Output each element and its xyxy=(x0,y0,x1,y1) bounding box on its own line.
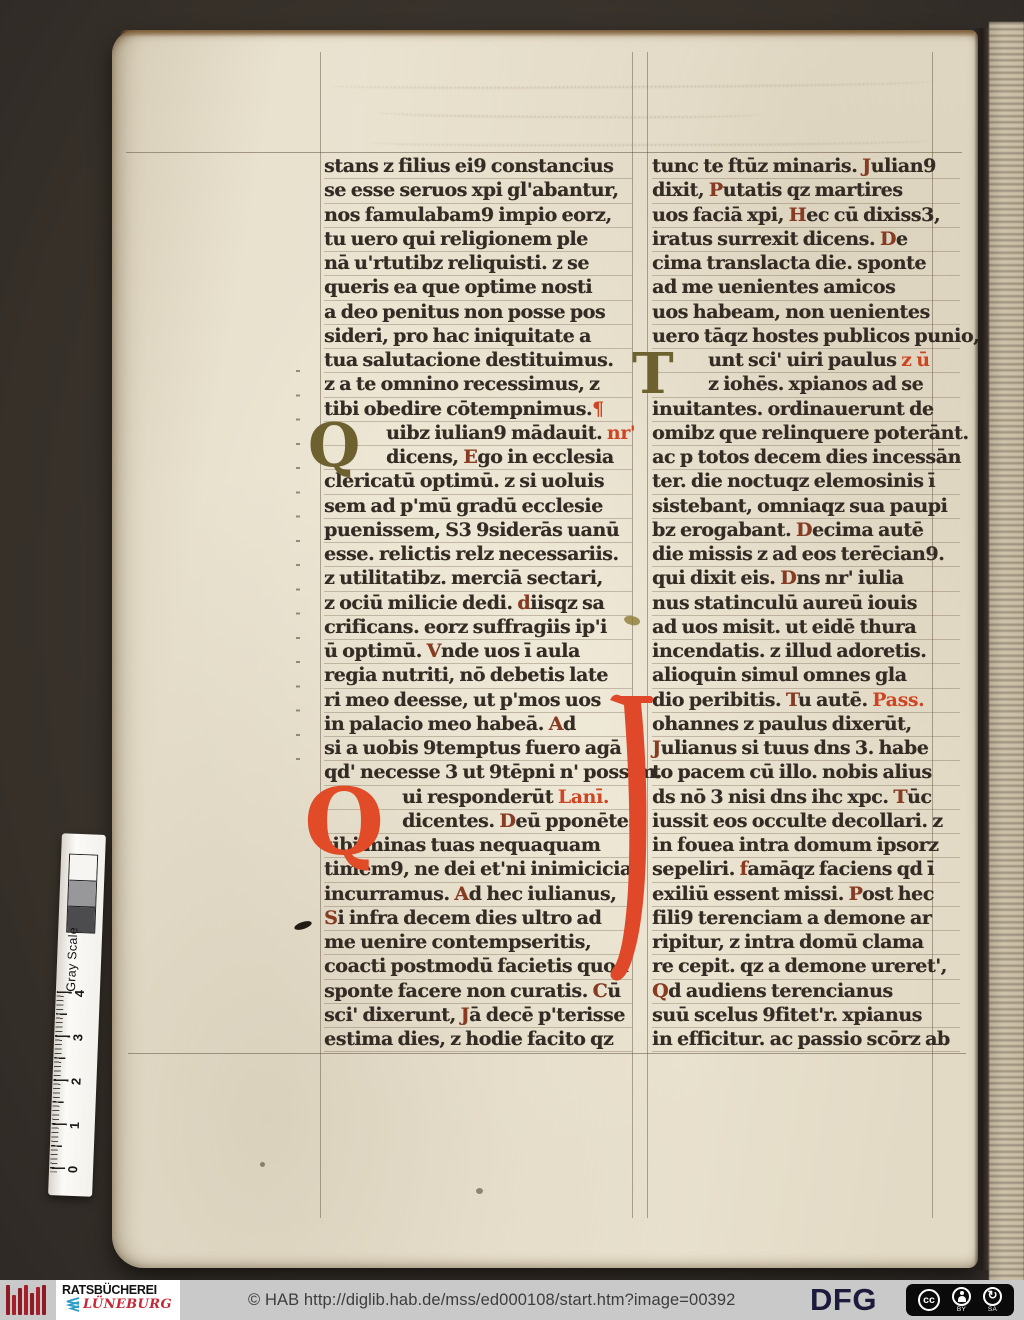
ruling-line-vertical xyxy=(647,52,648,1218)
faded-marginalia xyxy=(378,105,760,119)
manuscript-text: d audiens terencianus xyxy=(668,980,893,1002)
manuscript-text: nos famulabam9 impio eorz, xyxy=(324,204,612,226)
manuscript-line: die missis z ad eos terēcian9. xyxy=(652,543,960,567)
manuscript-line: sci' dixerunt, Jā decē p'terisse xyxy=(324,1004,632,1028)
logo-bar xyxy=(36,1287,40,1315)
manuscript-text: V xyxy=(427,640,441,662)
gray-scale-ruler: Gray Scale 4 3 2 1 0 xyxy=(48,833,106,1196)
manuscript-text: suū scelus 9fitet'r. xpianus xyxy=(652,1004,922,1026)
manuscript-line: ac p totos decem dies incessān xyxy=(652,446,960,470)
manuscript-text: A xyxy=(549,713,563,735)
manuscript-line: se esse seruos xpi gl'abantur, xyxy=(324,179,632,203)
manuscript-text: uibz iulian9 mādauit. xyxy=(386,422,602,444)
manuscript-text: se esse seruos xpi gl'abantur, xyxy=(324,179,619,201)
manuscript-line: z ociū milicie dedi. diisqz sa xyxy=(324,592,632,616)
ruler-number: 4 xyxy=(72,990,87,998)
manuscript-line: uibz iulian9 mādauit. nr' xyxy=(324,422,632,446)
footer-bar: RATSBÜCHEREI LÜNEBURG © HAB http://digli… xyxy=(0,1280,1024,1320)
manuscript-line: ds nō 3 nisi dns ihc xpc. Tūc xyxy=(652,786,960,810)
ruling-line-vertical xyxy=(320,52,321,1218)
ruler-title: Gray Scale xyxy=(64,922,81,992)
manuscript-text: D xyxy=(780,567,796,589)
manuscript-text: uos faciā xpi, xyxy=(652,204,789,226)
manuscript-text: in efficitur. ac passio scōrz ab xyxy=(652,1028,950,1050)
dfg-logo: DFG xyxy=(810,1280,877,1320)
manuscript-line: qui dixit eis. Dns nr' iulia xyxy=(652,567,960,591)
manuscript-text: sem ad p'mū gradū ecclesie xyxy=(324,495,603,517)
ruling-line-vertical xyxy=(632,52,633,1218)
manuscript-text: alioquin simul omnes gla xyxy=(652,664,907,686)
ruler-number: 1 xyxy=(67,1122,82,1130)
manuscript-line: sepeliri. famāqz faciens qd ī xyxy=(652,858,960,882)
manuscript-text: J xyxy=(460,1004,469,1026)
rubric-text: nr' xyxy=(602,422,635,444)
manuscript-text: cima translacta die. sponte xyxy=(652,252,926,274)
cc-by-person-icon xyxy=(952,1287,971,1306)
manuscript-text: H xyxy=(789,204,807,226)
ruler-number: 3 xyxy=(70,1034,85,1042)
manuscript-text: d hec iulianus, xyxy=(469,883,617,905)
logo-bar xyxy=(42,1285,46,1315)
manuscript-text: tibi obedire cōtempnimus. xyxy=(324,398,592,420)
manuscript-line: ad uos misit. ut eidē thura xyxy=(652,616,960,640)
manuscript-line: estima dies, z hodie facito qz xyxy=(324,1028,632,1052)
manuscript-line: stans z filius ei9 constancius xyxy=(324,155,632,179)
manuscript-line: crificans. eorz suffragiis ip'i xyxy=(324,616,632,640)
manuscript-line: z iohēs. xpianos ad se xyxy=(652,373,960,397)
ruling-line-horizontal xyxy=(128,1053,966,1054)
manuscript-line: sistebant, omniaqz sua paupi xyxy=(652,495,960,519)
manuscript-line: queris ea que optime nosti xyxy=(324,276,632,300)
manuscript-text: ec cū dixiss3, xyxy=(806,204,940,226)
manuscript-text: ad me uenientes amicos xyxy=(652,276,895,298)
manuscript-text: coacti postmodū facietis quod xyxy=(324,955,628,977)
manuscript-text: ds nō 3 nisi dns ihc xpc. xyxy=(652,786,893,808)
manuscript-line: dixit, Putatis qz martires xyxy=(652,179,960,203)
manuscript-text: ri meo deesse, ut p'mos uos xyxy=(324,689,601,711)
manuscript-line: incendatis. z illud adoretis. xyxy=(652,640,960,664)
manuscript-text: estima dies, z hodie facito qz xyxy=(324,1028,613,1050)
manuscript-text: inuitantes. ordinauerunt de xyxy=(652,398,934,420)
library-name: RATSBÜCHEREI xyxy=(62,1283,176,1297)
manuscript-text: to pacem cū illo. nobis alius xyxy=(652,761,932,783)
manuscript-line: clericatū optimū. z si uoluis xyxy=(324,470,632,494)
manuscript-text: tua salutacione destituimus. xyxy=(324,349,614,371)
manuscript-text: incendatis. z illud adoretis. xyxy=(652,640,926,662)
manuscript-text: dicentes. xyxy=(402,810,499,832)
manuscript-line: puenissem, S3 9siderās uanū xyxy=(324,519,632,543)
manuscript-line: si a uobis 9temptus fuero agā xyxy=(324,737,632,761)
manuscript-line: Qd audiens terencianus xyxy=(652,980,960,1004)
manuscript-line: fili9 terenciam a demone ar xyxy=(652,907,960,931)
manuscript-text: sistebant, omniaqz sua paupi xyxy=(652,495,947,517)
manuscript-line: suū scelus 9fitet'r. xpianus xyxy=(652,1004,960,1028)
manuscript-text: d xyxy=(563,713,576,735)
faded-marginalia xyxy=(368,133,934,147)
manuscript-text: stans z filius ei9 constancius xyxy=(324,155,613,177)
manuscript-text: in palacio meo habeā. xyxy=(324,713,549,735)
cc-by-sa-badge: cc BY ↻ SA xyxy=(906,1284,1014,1316)
library-city: LÜNEBURG xyxy=(83,1297,172,1312)
manuscript-text: regia nutriti, nō debetis late xyxy=(324,664,608,686)
digitized-manuscript-scan: stans z filius ei9 constanciusse esse se… xyxy=(0,0,1024,1320)
manuscript-text: sci' dixerunt, xyxy=(324,1004,460,1026)
manuscript-text: ecima autē xyxy=(812,519,923,541)
manuscript-text: dio peribitis. xyxy=(652,689,786,711)
manuscript-line: unt sci' uiri paulus z ū xyxy=(652,349,960,373)
manuscript-text: bz erogabant. xyxy=(652,519,796,541)
manuscript-text: iratus surrexit dicens. xyxy=(652,228,880,250)
cc-icon: cc xyxy=(918,1289,940,1311)
manuscript-text: die missis z ad eos terēcian9. xyxy=(652,543,944,565)
logo-bar xyxy=(24,1285,28,1315)
manuscript-text: d xyxy=(517,592,530,614)
manuscript-line: cima translacta die. sponte xyxy=(652,252,960,276)
manuscript-text: a deo penitus non posse pos xyxy=(324,301,605,323)
initial-t-olive: T xyxy=(632,346,674,402)
manuscript-line: nos famulabam9 impio eorz, xyxy=(324,204,632,228)
manuscript-line: exiliū essent missi. Post hec xyxy=(652,883,960,907)
manuscript-text: si a uobis 9temptus fuero agā xyxy=(324,737,621,759)
ink-blot xyxy=(293,919,312,931)
manuscript-text: D xyxy=(796,519,812,541)
cc-sa-arrow-icon: ↻ xyxy=(983,1287,1002,1306)
manuscript-text: nā u'rtutibz reliquisti. z se xyxy=(324,252,589,274)
manuscript-text: iussit eos occulte decollari. z xyxy=(652,810,943,832)
manuscript-text: puenissem, S3 9siderās uanū xyxy=(324,519,619,541)
manuscript-text: ūc xyxy=(907,786,932,808)
manuscript-text: amāqz faciens qd ī xyxy=(747,858,934,880)
book-waves-icon xyxy=(62,1297,80,1312)
manuscript-text: D xyxy=(499,810,515,832)
manuscript-line: me uenire contempseritis, xyxy=(324,931,632,955)
manuscript-text: nde uos ī aula xyxy=(441,640,580,662)
manuscript-text: P xyxy=(709,179,723,201)
manuscript-text: D xyxy=(880,228,896,250)
manuscript-line: re cepit. qz a demone ureret', xyxy=(652,955,960,979)
manuscript-line: z a te omnino recessimus, z xyxy=(324,373,632,397)
manuscript-text: ulian9 xyxy=(871,155,936,177)
manuscript-text: crificans. eorz suffragiis ip'i xyxy=(324,616,607,638)
manuscript-line: tibi obedire cōtempnimus.¶ xyxy=(324,398,632,422)
manuscript-line: nā u'rtutibz reliquisti. z se xyxy=(324,252,632,276)
manuscript-text: ohannes z paulus dixerūt, xyxy=(652,713,912,735)
manuscript-line: nus statinculū aureū iouis xyxy=(652,592,960,616)
manuscript-line: iratus surrexit dicens. De xyxy=(652,228,960,252)
manuscript-line: z utilitatibz. merciā sectari, xyxy=(324,567,632,591)
manuscript-line: ad me uenientes amicos xyxy=(652,276,960,300)
manuscript-line: inuitantes. ordinauerunt de xyxy=(652,398,960,422)
facing-page-edge xyxy=(989,22,1024,1284)
initial-q-red: Q xyxy=(304,776,384,868)
manuscript-text: esse. relictis relz necessariis. xyxy=(324,543,619,565)
ruling-line-horizontal xyxy=(126,152,962,153)
manuscript-text: tunc te ftūz minaris. xyxy=(652,155,862,177)
book-gutter-shadow xyxy=(974,28,989,1270)
manuscript-text: nus statinculū aureū iouis xyxy=(652,592,917,614)
logo-bar xyxy=(12,1295,16,1315)
initial-q-olive: Q xyxy=(308,416,360,476)
manuscript-text: exiliū essent missi. xyxy=(652,883,849,905)
rubric-text: Pass. xyxy=(872,689,924,711)
manuscript-page: stans z filius ei9 constanciusse esse se… xyxy=(112,30,978,1268)
manuscript-text: incurramus. xyxy=(324,883,454,905)
manuscript-text: qui dixit eis. xyxy=(652,567,780,589)
manuscript-text: iisqz sa xyxy=(530,592,604,614)
manuscript-text: sideri, pro hac iniquitate a xyxy=(324,325,591,347)
manuscript-line: tua salutacione destituimus. xyxy=(324,349,632,373)
manuscript-line: dicens, Ego in ecclesia xyxy=(324,446,632,470)
manuscript-line: uos habeam, non uenientes xyxy=(652,301,960,325)
manuscript-line: Si infra decem dies ultro ad xyxy=(324,907,632,931)
manuscript-text: e xyxy=(896,228,908,250)
manuscript-text: E xyxy=(463,446,477,468)
manuscript-line: ohannes z paulus dixerūt, xyxy=(652,713,960,737)
manuscript-line: tu uero qui religionem ple xyxy=(324,228,632,252)
manuscript-line: a deo penitus non posse pos xyxy=(324,301,632,325)
manuscript-text: ad uos misit. ut eidē thura xyxy=(652,616,916,638)
manuscript-text: me uenire contempseritis, xyxy=(324,931,591,953)
manuscript-line: omibz que relinquere poterānt. xyxy=(652,422,960,446)
initial-j-red-flourish xyxy=(604,688,658,994)
gray-patch-white xyxy=(69,855,97,882)
ruler-number: 2 xyxy=(68,1078,83,1086)
text-column-right: tunc te ftūz minaris. Julian9dixit, Puta… xyxy=(652,155,960,1052)
manuscript-line: alioquin simul omnes gla xyxy=(652,664,960,688)
manuscript-text: u autē. xyxy=(798,689,872,711)
manuscript-text: z a te omnino recessimus, z xyxy=(324,373,599,395)
manuscript-line: ri meo deesse, ut p'mos uos xyxy=(324,689,632,713)
manuscript-line: dio peribitis. Tu autē. Pass. xyxy=(652,689,960,713)
logo-bar xyxy=(30,1293,34,1315)
pricking-marks xyxy=(296,370,306,778)
manuscript-text: uero tāqz hostes publicos punio, xyxy=(652,325,979,347)
manuscript-text: dixit, xyxy=(652,179,709,201)
manuscript-text: z utilitatibz. merciā sectari, xyxy=(324,567,603,589)
manuscript-line: in palacio meo habeā. Ad xyxy=(324,713,632,737)
cc-sa-label: SA xyxy=(988,1307,997,1314)
manuscript-text: clericatū optimū. z si uoluis xyxy=(324,470,604,492)
manuscript-text: sepeliri. xyxy=(652,858,740,880)
library-barcode-logo xyxy=(6,1285,52,1315)
manuscript-line: to pacem cū illo. nobis alius xyxy=(652,761,960,785)
manuscript-text: ns nr' iulia xyxy=(796,567,903,589)
library-logo: RATSBÜCHEREI LÜNEBURG xyxy=(56,1280,180,1320)
manuscript-text: T xyxy=(786,689,798,711)
manuscript-line: esse. relictis relz necessariis. xyxy=(324,543,632,567)
manuscript-text: z iohēs. xpianos ad se xyxy=(708,373,923,395)
manuscript-text: omibz que relinquere poterānt. xyxy=(652,422,969,444)
logo-bar xyxy=(18,1288,22,1315)
manuscript-text: go in ecclesia xyxy=(477,446,613,468)
manuscript-line: sponte facere non curatis. Cū xyxy=(324,980,632,1004)
faded-marginalia xyxy=(328,74,934,90)
manuscript-line: sideri, pro hac iniquitate a xyxy=(324,325,632,349)
manuscript-line: coacti postmodū facietis quod xyxy=(324,955,632,979)
manuscript-text: S xyxy=(324,907,337,929)
manuscript-line: ū optimū. Vnde uos ī aula xyxy=(324,640,632,664)
manuscript-line: ter. die noctuqz elemosinis ī xyxy=(652,470,960,494)
manuscript-text: fili9 terenciam a demone ar xyxy=(652,907,931,929)
manuscript-line: iussit eos occulte decollari. z xyxy=(652,810,960,834)
manuscript-text: utatis qz martires xyxy=(723,179,903,201)
ruler-number: 0 xyxy=(65,1166,80,1174)
manuscript-text: ac p totos decem dies incessān xyxy=(652,446,961,468)
text-column-left: stans z filius ei9 constanciusse esse se… xyxy=(324,155,632,1052)
manuscript-line: uos faciā xpi, Hec cū dixiss3, xyxy=(652,204,960,228)
manuscript-text: unt sci' uiri paulus xyxy=(708,349,901,371)
stain-speck xyxy=(260,1162,265,1167)
manuscript-text: dicens, xyxy=(386,446,463,468)
manuscript-text: queris ea que optime nosti xyxy=(324,276,592,298)
manuscript-line: tunc te ftūz minaris. Julian9 xyxy=(652,155,960,179)
manuscript-text: ulianus si tuus dns 3. habe xyxy=(661,737,929,759)
manuscript-text: T xyxy=(893,786,907,808)
manuscript-line: regia nutriti, nō debetis late xyxy=(324,664,632,688)
manuscript-text: ui responderūt xyxy=(402,786,558,808)
cc-by-label: BY xyxy=(957,1307,966,1314)
manuscript-line: incurramus. Ad hec iulianus, xyxy=(324,883,632,907)
rubric-text: z ū xyxy=(901,349,930,371)
manuscript-line: in fouea intra domum ipsorz xyxy=(652,834,960,858)
manuscript-text: uos habeam, non uenientes xyxy=(652,301,930,323)
manuscript-text: sponte facere non curatis. xyxy=(324,980,593,1002)
manuscript-text: ā decē p'terisse xyxy=(469,1004,625,1026)
manuscript-line: bz erogabant. Decima autē xyxy=(652,519,960,543)
manuscript-line: Julianus si tuus dns 3. habe xyxy=(652,737,960,761)
manuscript-line: ripitur, z intra domū clama xyxy=(652,931,960,955)
manuscript-text: ter. die noctuqz elemosinis ī xyxy=(652,470,935,492)
copyright-url-text: © HAB http://diglib.hab.de/mss/ed000108/… xyxy=(248,1280,735,1320)
gray-patch-mid xyxy=(68,881,96,908)
manuscript-text: tu uero qui religionem ple xyxy=(324,228,588,250)
manuscript-text: z ociū milicie dedi. xyxy=(324,592,517,614)
manuscript-text: ū optimū. xyxy=(324,640,427,662)
manuscript-text: J xyxy=(862,155,871,177)
manuscript-text: ripitur, z intra domū clama xyxy=(652,931,924,953)
stain-speck xyxy=(476,1188,483,1194)
rubric-text: Lanī. xyxy=(558,786,609,808)
manuscript-text: P xyxy=(849,883,862,905)
manuscript-line: uero tāqz hostes publicos punio, xyxy=(652,325,960,349)
manuscript-text: A xyxy=(454,883,468,905)
manuscript-line: sem ad p'mū gradū ecclesie xyxy=(324,495,632,519)
manuscript-text: re cepit. qz a demone ureret', xyxy=(652,955,947,977)
manuscript-line: in efficitur. ac passio scōrz ab xyxy=(652,1028,960,1052)
logo-bar xyxy=(6,1285,10,1315)
manuscript-text: i infra decem dies ultro ad xyxy=(337,907,601,929)
rubric-text: ¶ xyxy=(592,398,604,420)
manuscript-text: in fouea intra domum ipsorz xyxy=(652,834,939,856)
manuscript-text: ost hec xyxy=(862,883,934,905)
